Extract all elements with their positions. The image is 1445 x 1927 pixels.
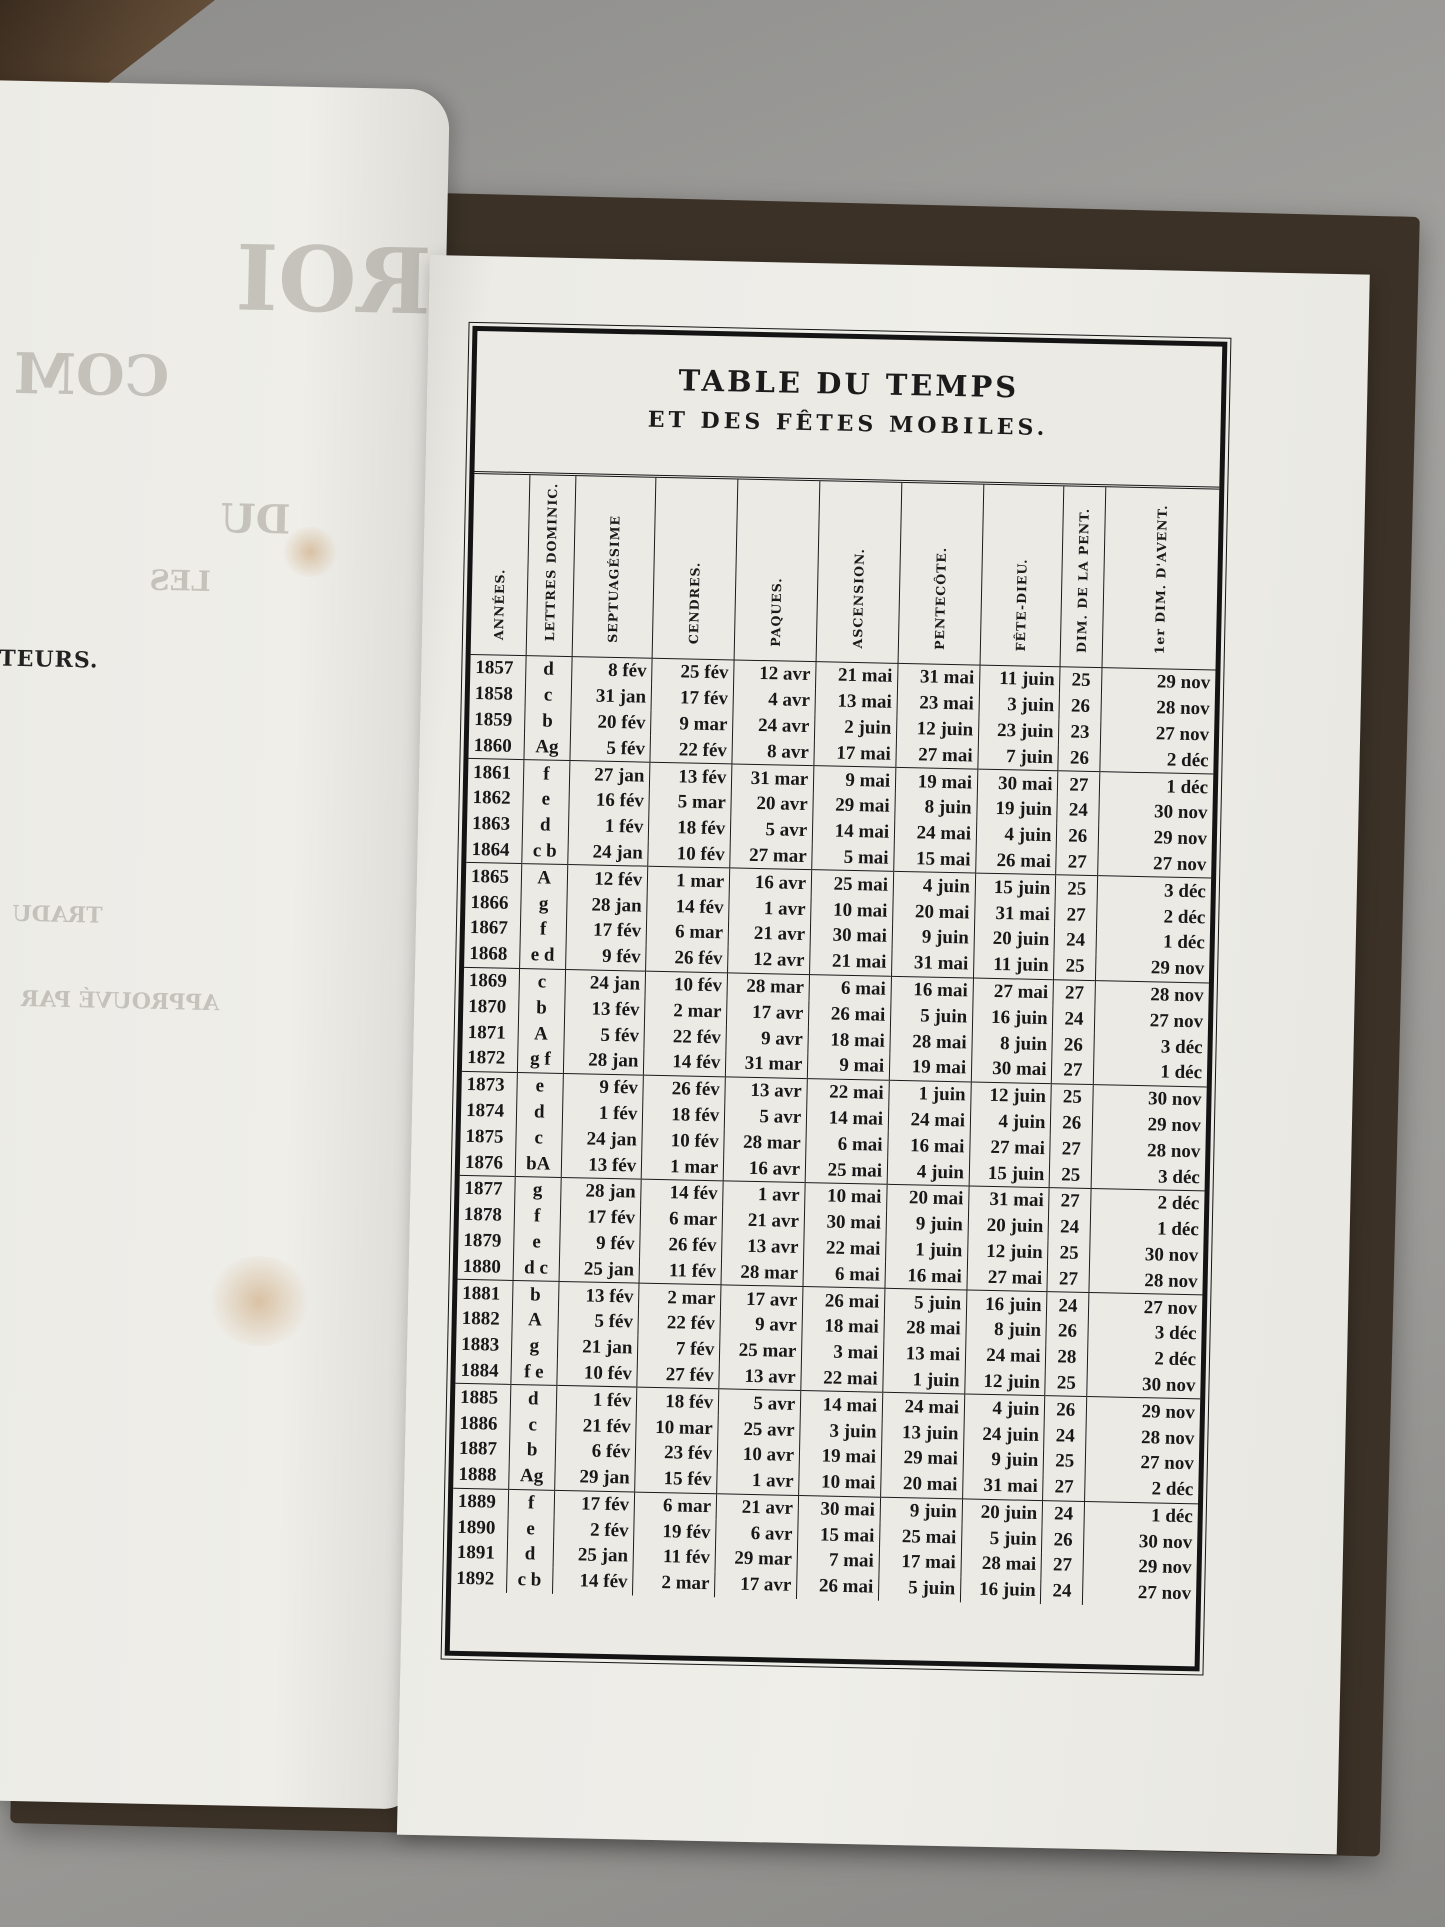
cell-easter: 12 avr <box>734 660 816 688</box>
cell-ash-wednesday: 26 fév <box>643 1075 725 1103</box>
cell-sundays-after-pentecost: 27 <box>1056 849 1098 876</box>
cell-pentecost: 5 juin <box>884 1288 966 1316</box>
cell-septuagesima: 24 jan <box>562 1125 643 1152</box>
cell-corpus-christi: 24 juin <box>964 1421 1045 1448</box>
cell-sundays-after-pentecost: 27 <box>1047 1265 1089 1292</box>
cell-corpus-christi: 26 mai <box>976 847 1057 875</box>
cell-ash-wednesday: 22 fév <box>638 1310 720 1338</box>
cell-ascension: 14 mai <box>812 818 894 846</box>
cell-ascension: 26 mai <box>803 1287 885 1315</box>
cell-first-advent-sunday: 27 nov <box>1083 1579 1197 1607</box>
cell-ash-wednesday: 22 fév <box>650 736 732 764</box>
cell-easter: 16 avr <box>723 1154 805 1182</box>
cell-corpus-christi: 7 juin <box>978 743 1059 771</box>
cell-dominical-letters: f <box>523 760 570 787</box>
cell-septuagesima: 31 jan <box>571 683 652 710</box>
cell-years: 1874 <box>461 1097 517 1124</box>
cell-corpus-christi: 4 juin <box>976 821 1057 848</box>
cell-septuagesima: 2 fév <box>553 1516 634 1543</box>
cell-dominical-letters: f <box>514 1203 561 1230</box>
cell-corpus-christi: 12 juin <box>968 1238 1049 1265</box>
cell-first-advent-sunday: 28 nov <box>1095 980 1209 1009</box>
cell-ascension: 30 mai <box>810 922 892 950</box>
cell-dominical-letters: c b <box>506 1567 553 1594</box>
cell-first-advent-sunday: 30 nov <box>1099 798 1213 826</box>
cell-easter: 1 avr <box>729 895 811 923</box>
cell-dominical-letters: c <box>519 968 566 995</box>
cell-first-advent-sunday: 28 nov <box>1101 694 1215 722</box>
cell-ash-wednesday: 10 fév <box>645 971 727 999</box>
cell-sundays-after-pentecost: 27 <box>1053 979 1095 1006</box>
bleed-through-text: LES <box>149 564 211 598</box>
cell-years: 1867 <box>465 915 521 942</box>
cell-first-advent-sunday: 28 nov <box>1092 1136 1206 1164</box>
cell-years: 1877 <box>459 1175 515 1202</box>
cell-pentecost: 13 mai <box>883 1340 965 1368</box>
cell-sundays-after-pentecost: 27 <box>1049 1188 1091 1215</box>
cell-first-advent-sunday: 28 nov <box>1089 1266 1203 1295</box>
cell-pentecost: 31 mai <box>892 950 974 978</box>
cell-years: 1857 <box>470 654 526 681</box>
cell-years: 1887 <box>454 1436 510 1463</box>
cell-corpus-christi: 27 mai <box>970 1134 1051 1161</box>
cell-corpus-christi: 11 juin <box>979 665 1060 693</box>
cell-septuagesima: 29 jan <box>554 1464 635 1492</box>
cell-pentecost: 9 juin <box>880 1497 962 1525</box>
cell-years: 1858 <box>470 681 526 708</box>
cell-corpus-christi: 8 juin <box>972 1030 1053 1057</box>
cell-ash-wednesday: 26 fév <box>646 944 728 972</box>
column-header-label: LETTRES DOMINIC. <box>542 483 560 642</box>
cell-first-advent-sunday: 27 nov <box>1089 1293 1203 1322</box>
cell-septuagesima: 9 fév <box>565 943 646 971</box>
cell-dominical-letters: g f <box>517 1046 564 1073</box>
cell-septuagesima: 28 jan <box>566 891 647 918</box>
cell-ascension: 26 mai <box>797 1573 879 1601</box>
cell-ash-wednesday: 10 fév <box>648 840 730 868</box>
column-header-label: DIM. DE LA PENT. <box>1074 507 1092 652</box>
cell-corpus-christi: 3 juin <box>979 691 1060 718</box>
cell-first-advent-sunday: 29 nov <box>1083 1553 1197 1581</box>
cell-ash-wednesday: 17 fév <box>651 685 733 713</box>
cell-first-advent-sunday: 1 déc <box>1096 928 1210 956</box>
cell-pentecost: 19 mai <box>895 768 977 796</box>
cell-easter: 12 avr <box>728 946 810 974</box>
cell-sundays-after-pentecost: 27 <box>1052 1057 1094 1084</box>
cell-septuagesima: 10 fév <box>557 1359 638 1387</box>
cell-corpus-christi: 15 juin <box>969 1160 1050 1188</box>
cell-ascension: 6 mai <box>803 1260 885 1288</box>
cell-pentecost: 13 juin <box>882 1419 964 1447</box>
cell-sundays-after-pentecost: 27 <box>1055 901 1097 928</box>
column-header-first-advent-sunday: 1er DIM. D'AVENT. <box>1102 487 1219 670</box>
column-header-years: ANNÉES. <box>471 474 530 656</box>
column-header-label: SEPTUAGÉSIME <box>605 515 623 643</box>
cell-ascension: 30 mai <box>798 1495 880 1523</box>
cell-corpus-christi: 15 juin <box>975 873 1056 901</box>
cell-dominical-letters: d <box>507 1541 554 1568</box>
cell-easter: 27 mar <box>730 842 812 870</box>
cell-pentecost: 12 juin <box>896 715 978 743</box>
cell-ash-wednesday: 10 fév <box>642 1127 724 1155</box>
cell-septuagesima: 21 jan <box>557 1334 638 1361</box>
cell-dominical-letters: d <box>510 1385 557 1412</box>
column-header-dominical-letters: LETTRES DOMINIC. <box>526 475 576 656</box>
cell-corpus-christi: 11 juin <box>974 951 1055 979</box>
cell-ash-wednesday: 6 mar <box>634 1492 716 1520</box>
cell-sundays-after-pentecost: 26 <box>1057 823 1099 850</box>
cell-ascension: 25 mai <box>805 1156 887 1184</box>
cell-corpus-christi: 4 juin <box>964 1394 1045 1422</box>
cell-septuagesima: 16 fév <box>569 787 650 814</box>
cell-sundays-after-pentecost: 24 <box>1057 797 1099 824</box>
cell-ash-wednesday: 11 fév <box>633 1544 715 1572</box>
cell-septuagesima: 27 jan <box>569 761 650 789</box>
cell-first-advent-sunday: 1 déc <box>1090 1215 1204 1243</box>
table-subtitle: ET DES FÊTES MOBILES. <box>475 403 1220 445</box>
cell-pentecost: 5 juin <box>879 1575 961 1603</box>
cell-first-advent-sunday: 30 nov <box>1090 1241 1204 1269</box>
movable-feasts-table: ANNÉES.LETTRES DOMINIC.SEPTUAGÉSIMECENDR… <box>451 474 1219 1607</box>
cell-corpus-christi: 24 mai <box>965 1342 1046 1369</box>
cell-dominical-letters: c <box>509 1411 556 1438</box>
cell-septuagesima: 5 fév <box>570 734 651 762</box>
cell-ascension: 17 mai <box>814 740 896 768</box>
cell-corpus-christi: 31 mai <box>963 1472 1044 1500</box>
cell-easter: 9 avr <box>720 1311 802 1339</box>
cell-years: 1866 <box>465 889 521 916</box>
cell-pentecost: 20 mai <box>887 1184 969 1212</box>
cell-septuagesima: 21 fév <box>556 1412 637 1439</box>
cell-ascension: 19 mai <box>799 1443 881 1471</box>
cell-septuagesima: 28 jan <box>563 1047 644 1075</box>
column-header-sundays-after-pentecost: DIM. DE LA PENT. <box>1060 486 1105 667</box>
cell-sundays-after-pentecost: 26 <box>1051 1110 1093 1137</box>
cell-sundays-after-pentecost: 24 <box>1041 1578 1083 1605</box>
publisher-line: DITEURS. <box>0 645 99 674</box>
cell-dominical-letters: b <box>524 708 571 735</box>
cell-easter: 29 mar <box>715 1545 797 1573</box>
cell-pentecost: 16 mai <box>891 976 973 1004</box>
cell-easter: 17 avr <box>727 999 809 1027</box>
cell-septuagesima: 5 fév <box>558 1308 639 1335</box>
cell-easter: 5 avr <box>718 1389 800 1417</box>
foxing-stain <box>204 1255 316 1347</box>
column-header-ash-wednesday: CENDRES. <box>652 478 738 660</box>
cell-dominical-letters: d <box>522 812 569 839</box>
cell-easter: 8 avr <box>732 738 814 766</box>
column-header-pentecost: PENTECÔTE. <box>898 483 984 665</box>
cell-ascension: 10 mai <box>805 1183 887 1211</box>
cell-ash-wednesday: 18 fév <box>643 1101 725 1129</box>
cell-first-advent-sunday: 3 déc <box>1097 876 1211 905</box>
cell-ash-wednesday: 1 mar <box>641 1153 723 1181</box>
cell-pentecost: 8 juin <box>895 794 977 822</box>
column-header-label: 1er DIM. D'AVENT. <box>1152 504 1170 654</box>
cell-ash-wednesday: 27 fév <box>637 1361 719 1389</box>
cell-sundays-after-pentecost: 27 <box>1041 1552 1083 1579</box>
cell-dominical-letters: f <box>508 1489 555 1516</box>
cell-ash-wednesday: 22 fév <box>644 1023 726 1051</box>
cell-corpus-christi: 20 juin <box>968 1212 1049 1239</box>
cell-years: 1868 <box>464 941 520 968</box>
cell-easter: 28 mar <box>724 1129 806 1157</box>
left-page-title-page: PAROI COM DU LES TRADU APPROUVÉ PAR DITE… <box>0 80 450 1809</box>
cell-easter: 1 avr <box>723 1181 805 1209</box>
cell-years: 1864 <box>466 836 522 863</box>
cell-ascension: 21 mai <box>816 662 898 690</box>
cell-first-advent-sunday: 2 déc <box>1085 1475 1199 1504</box>
cell-dominical-letters: b <box>518 994 565 1021</box>
column-header-ascension: ASCENSION. <box>816 481 902 663</box>
cell-corpus-christi: 27 mai <box>973 978 1054 1006</box>
cell-dominical-letters: Ag <box>524 733 571 760</box>
cell-dominical-letters: d <box>525 656 572 683</box>
cell-ascension: 18 mai <box>802 1313 884 1341</box>
cell-corpus-christi: 30 mai <box>977 769 1058 797</box>
cell-pentecost: 17 mai <box>879 1549 961 1577</box>
cell-corpus-christi: 4 juin <box>970 1108 1051 1135</box>
cell-ash-wednesday: 2 mar <box>633 1569 715 1597</box>
cell-ascension: 10 mai <box>811 896 893 924</box>
cell-pentecost: 16 mai <box>885 1262 967 1290</box>
cell-sundays-after-pentecost: 23 <box>1059 719 1101 746</box>
cell-easter: 10 avr <box>717 1441 799 1469</box>
cell-years: 1885 <box>455 1384 511 1411</box>
cell-corpus-christi: 28 mai <box>961 1551 1042 1578</box>
cell-easter: 25 avr <box>718 1415 800 1443</box>
cell-first-advent-sunday: 29 nov <box>1092 1111 1206 1139</box>
cell-corpus-christi: 12 juin <box>965 1368 1046 1396</box>
cell-first-advent-sunday: 2 déc <box>1097 902 1211 930</box>
cell-dominical-letters: e <box>507 1515 554 1542</box>
cell-easter: 28 mar <box>727 972 809 1000</box>
foxing-stain <box>280 526 341 577</box>
cell-corpus-christi: 16 juin <box>960 1576 1041 1603</box>
cell-ash-wednesday: 11 fév <box>639 1257 721 1285</box>
cell-pentecost: 20 mai <box>881 1470 963 1498</box>
cell-ascension: 7 mai <box>797 1547 879 1575</box>
cell-dominical-letters: b <box>509 1437 556 1464</box>
cell-easter: 13 avr <box>722 1233 804 1261</box>
cell-dominical-letters: A <box>518 1020 565 1047</box>
cell-first-advent-sunday: 1 déc <box>1093 1058 1207 1087</box>
cell-dominical-letters: c <box>525 682 572 709</box>
cell-ash-wednesday: 14 fév <box>641 1179 723 1207</box>
cell-first-advent-sunday: 27 nov <box>1098 850 1212 879</box>
cell-easter: 24 avr <box>733 712 815 740</box>
table-title: TABLE DU TEMPS <box>476 331 1222 409</box>
cell-pentecost: 28 mai <box>884 1315 966 1343</box>
cell-pentecost: 16 mai <box>888 1132 970 1160</box>
cell-corpus-christi: 20 juin <box>974 926 1055 953</box>
cell-years: 1865 <box>466 863 522 890</box>
cell-sundays-after-pentecost: 24 <box>1054 927 1096 954</box>
cell-ascension: 22 mai <box>804 1235 886 1263</box>
cell-dominical-letters: c <box>515 1124 562 1151</box>
cell-easter: 17 avr <box>715 1571 797 1599</box>
cell-easter: 31 mar <box>726 1050 808 1078</box>
cell-ash-wednesday: 14 fév <box>647 893 729 921</box>
cell-sundays-after-pentecost: 24 <box>1047 1292 1089 1319</box>
cell-ash-wednesday: 2 mar <box>645 997 727 1025</box>
cell-corpus-christi: 31 mai <box>975 900 1056 927</box>
cell-dominical-letters: Ag <box>508 1463 555 1490</box>
cell-pentecost: 20 mai <box>893 898 975 926</box>
cell-ascension: 6 mai <box>806 1130 888 1158</box>
bleed-through-text: TRADU <box>12 901 103 929</box>
cell-easter: 1 avr <box>717 1467 799 1495</box>
table-body: 1857d8 fév25 fév12 avr21 mai31 mai11 jui… <box>451 654 1215 1607</box>
cell-dominical-letters: e <box>522 786 569 813</box>
column-header-label: CENDRES. <box>686 562 703 645</box>
cell-years: 1878 <box>459 1202 515 1229</box>
cell-years: 1873 <box>461 1071 517 1098</box>
cell-septuagesima: 1 fév <box>562 1100 643 1127</box>
cell-sundays-after-pentecost: 24 <box>1053 1006 1095 1033</box>
cell-ash-wednesday: 5 mar <box>649 789 731 817</box>
cell-easter: 28 mar <box>721 1259 803 1287</box>
cell-pentecost: 24 mai <box>882 1393 964 1421</box>
cell-ash-wednesday: 13 fév <box>650 762 732 790</box>
column-header-label: ASCENSION. <box>850 548 867 649</box>
cell-dominical-letters: e <box>516 1072 563 1099</box>
cell-dominical-letters: d <box>516 1099 563 1126</box>
cell-corpus-christi: 19 juin <box>977 796 1058 823</box>
cell-pentecost: 5 juin <box>890 1002 972 1030</box>
cell-easter: 17 avr <box>721 1285 803 1313</box>
cell-first-advent-sunday: 3 déc <box>1094 1032 1208 1060</box>
cell-septuagesima: 5 fév <box>564 1021 645 1048</box>
cell-corpus-christi: 23 juin <box>978 717 1059 744</box>
cell-easter: 20 avr <box>731 790 813 818</box>
cell-corpus-christi: 16 juin <box>966 1290 1047 1318</box>
cell-dominical-letters: e <box>513 1228 560 1255</box>
cell-first-advent-sunday: 29 nov <box>1096 954 1210 983</box>
column-header-septuagesima: SEPTUAGÉSIME <box>572 476 656 658</box>
cell-ascension: 25 mai <box>811 870 893 898</box>
cell-first-advent-sunday: 2 déc <box>1087 1345 1201 1373</box>
cell-septuagesima: 17 fév <box>554 1490 635 1518</box>
cell-dominical-letters: b <box>512 1281 559 1308</box>
cell-years: 1884 <box>455 1357 511 1384</box>
cell-years: 1879 <box>458 1227 514 1254</box>
cell-first-advent-sunday: 27 nov <box>1095 1006 1209 1034</box>
cell-sundays-after-pentecost: 26 <box>1052 1031 1094 1058</box>
cell-pentecost: 23 mai <box>897 690 979 718</box>
cell-dominical-letters: f <box>520 916 567 943</box>
cell-dominical-letters: d c <box>513 1254 560 1281</box>
cell-easter: 5 avr <box>730 816 812 844</box>
cell-first-advent-sunday: 1 déc <box>1084 1501 1198 1530</box>
column-header-label: FÊTE-DIEU. <box>1013 558 1030 651</box>
cell-pentecost: 4 juin <box>887 1158 969 1186</box>
cell-pentecost: 9 juin <box>892 924 974 952</box>
cell-pentecost: 25 mai <box>880 1523 962 1551</box>
cell-septuagesima: 14 fév <box>552 1568 633 1595</box>
cell-corpus-christi: 12 juin <box>971 1082 1052 1110</box>
cell-sundays-after-pentecost: 24 <box>1042 1500 1084 1527</box>
cell-easter: 4 avr <box>733 686 815 714</box>
cell-ascension: 14 mai <box>806 1105 888 1133</box>
cell-dominical-letters: g <box>520 890 567 917</box>
cell-septuagesima: 25 jan <box>559 1255 640 1283</box>
cell-ascension: 15 mai <box>798 1521 880 1549</box>
cell-ash-wednesday: 26 fév <box>640 1231 722 1259</box>
cell-corpus-christi: 31 mai <box>969 1186 1050 1214</box>
cell-sundays-after-pentecost: 25 <box>1051 1083 1093 1110</box>
cell-pentecost: 4 juin <box>893 872 975 900</box>
cell-sundays-after-pentecost: 25 <box>1056 875 1098 902</box>
cell-easter: 13 avr <box>725 1077 807 1105</box>
cell-ascension: 21 mai <box>810 948 892 976</box>
cell-ascension: 29 mai <box>813 792 895 820</box>
cell-ascension: 10 mai <box>799 1469 881 1497</box>
cell-first-advent-sunday: 30 nov <box>1084 1527 1198 1555</box>
cell-pentecost: 27 mai <box>896 741 978 769</box>
cell-first-advent-sunday: 30 nov <box>1093 1084 1207 1113</box>
cell-easter: 13 avr <box>719 1363 801 1391</box>
table-title-block: TABLE DU TEMPS ET DES FÊTES MOBILES. <box>474 331 1222 490</box>
cell-first-advent-sunday: 1 déc <box>1099 772 1213 801</box>
cell-years: 1863 <box>467 811 523 838</box>
cell-years: 1880 <box>458 1253 514 1280</box>
cell-ash-wednesday: 19 fév <box>634 1518 716 1546</box>
cell-easter: 16 avr <box>729 868 811 896</box>
cell-sundays-after-pentecost: 24 <box>1044 1422 1086 1449</box>
cell-first-advent-sunday: 29 nov <box>1098 824 1212 852</box>
cell-ash-wednesday: 23 fév <box>635 1439 717 1467</box>
cell-corpus-christi: 30 mai <box>971 1055 1052 1083</box>
cell-easter: 21 avr <box>716 1493 798 1521</box>
cell-easter: 21 avr <box>722 1207 804 1235</box>
cell-ash-wednesday: 18 fév <box>637 1387 719 1415</box>
cell-pentecost: 28 mai <box>890 1028 972 1056</box>
cell-pentecost: 9 juin <box>886 1211 968 1239</box>
cell-septuagesima: 13 fév <box>558 1282 639 1310</box>
cell-ash-wednesday: 15 fév <box>635 1465 717 1493</box>
cell-sundays-after-pentecost: 26 <box>1058 745 1100 772</box>
cell-septuagesima: 13 fév <box>561 1151 642 1179</box>
column-header-easter: PAQUES. <box>734 480 820 662</box>
cell-sundays-after-pentecost: 28 <box>1046 1344 1088 1371</box>
cell-ash-wednesday: 14 fév <box>644 1049 726 1077</box>
cell-years: 1861 <box>468 759 524 786</box>
cell-dominical-letters: g <box>511 1333 558 1360</box>
cell-dominical-letters: A <box>521 864 568 891</box>
cell-first-advent-sunday: 3 déc <box>1091 1162 1205 1191</box>
cell-years: 1875 <box>460 1123 516 1150</box>
column-header-label: PENTECÔTE. <box>932 546 949 649</box>
cell-septuagesima: 9 fév <box>563 1073 644 1101</box>
cell-sundays-after-pentecost: 25 <box>1054 953 1096 980</box>
cell-septuagesima: 28 jan <box>560 1177 641 1205</box>
bleed-through-text: COM <box>13 341 170 410</box>
cell-septuagesima: 12 fév <box>567 865 648 893</box>
cell-sundays-after-pentecost: 27 <box>1050 1136 1092 1163</box>
cell-ascension: 13 mai <box>815 688 897 716</box>
cell-corpus-christi: 27 mai <box>967 1264 1048 1292</box>
cell-septuagesima: 17 fév <box>566 917 647 944</box>
cell-sundays-after-pentecost: 26 <box>1042 1526 1084 1553</box>
cell-pentecost: 1 juin <box>886 1236 968 1264</box>
cell-pentecost: 15 mai <box>894 845 976 873</box>
cell-years: 1859 <box>469 707 525 734</box>
cell-years: 1886 <box>454 1410 510 1437</box>
cell-ascension: 30 mai <box>804 1209 886 1237</box>
cell-easter: 6 avr <box>716 1520 798 1548</box>
cell-pentecost: 1 juin <box>889 1080 971 1108</box>
